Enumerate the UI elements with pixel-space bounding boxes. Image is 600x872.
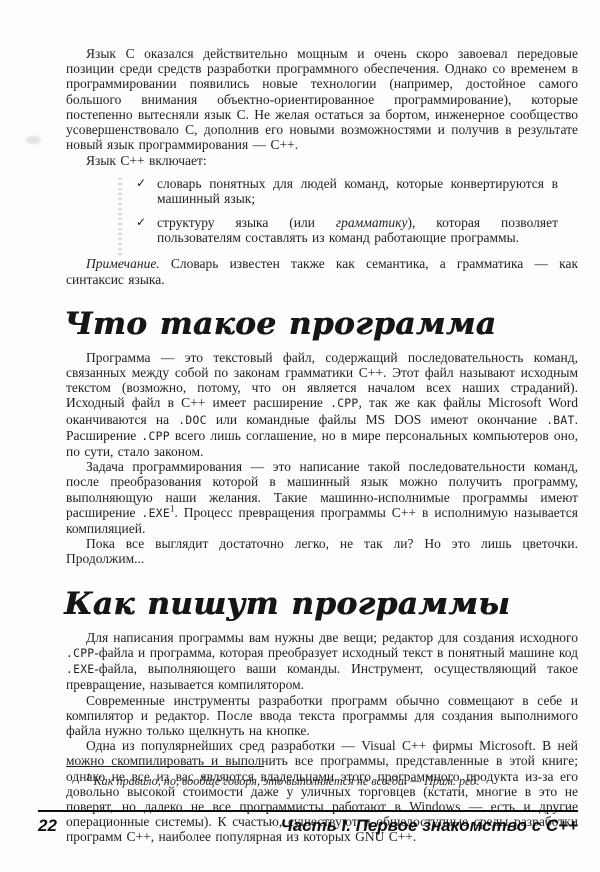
file-extension: .CPP xyxy=(330,397,358,410)
paragraph: Задача программирования — это написание … xyxy=(66,459,578,536)
paragraph-text: -файла и программа, которая преобразует … xyxy=(94,645,578,660)
paragraph-text: или командные файлы MS DOS имеют окончан… xyxy=(207,412,547,427)
paragraph: Программа — это текстовый файл, содержащ… xyxy=(66,350,578,459)
footnote-body: Как правило, но, вообще говоря, это выпо… xyxy=(94,774,480,788)
file-extension: .EXE xyxy=(142,507,170,520)
footnote-separator xyxy=(66,766,264,767)
emphasized-term: грамматику xyxy=(336,215,408,230)
footnote: 1 Как правило, но, вообще говоря, это вы… xyxy=(66,766,566,789)
paragraph: Для написания программы вам нужны две ве… xyxy=(66,630,578,693)
section-heading-how-programs-are-written: Как пишут программы xyxy=(64,587,578,621)
page-number: 22 xyxy=(38,816,57,836)
footnote-marker: 1 xyxy=(86,772,91,782)
bullet-list: ✓ словарь понятных для людей команд, кот… xyxy=(130,176,558,246)
file-extension: .EXE xyxy=(66,663,94,676)
paragraph-text: -файла, выполняющего ваши команды. Инстр… xyxy=(66,661,578,692)
book-page: Язык С оказался действительно мощным и о… xyxy=(0,0,600,872)
file-extension: .CPP xyxy=(141,430,169,443)
file-extension: .DOC xyxy=(178,414,206,427)
checkmark-icon: ✓ xyxy=(136,176,146,191)
paragraph: Современные инструменты разработки прогр… xyxy=(66,693,578,739)
file-extension: .CPP xyxy=(66,647,94,660)
list-item: ✓ словарь понятных для людей команд, кот… xyxy=(130,176,558,206)
paragraph: Пока все выглядит достаточно легко, не т… xyxy=(66,536,578,566)
checkmark-icon: ✓ xyxy=(136,215,146,230)
scan-smudge xyxy=(26,136,41,144)
list-item-text: словарь понятных для людей команд, котор… xyxy=(157,176,558,206)
section-heading-what-is-a-program: Что такое программа xyxy=(64,307,578,341)
includes-lead: Язык C++ включает: xyxy=(66,153,578,168)
list-item: ✓ структуру языка (или грамматику), кото… xyxy=(130,215,558,245)
page-content: Язык С оказался действительно мощным и о… xyxy=(66,46,578,845)
note-label: Примечание. xyxy=(86,256,160,271)
file-extension: .BAT xyxy=(546,414,574,427)
scan-bleedthrough-artifact xyxy=(118,178,122,258)
paragraph-text: Для написания программы вам нужны две ве… xyxy=(86,630,578,645)
list-item-text: структуру языка (или xyxy=(157,215,336,230)
running-head-section-title: Часть I. Первое знакомство с C++ xyxy=(281,816,578,836)
page-footer: 22 Часть I. Первое знакомство с C++ xyxy=(38,810,578,836)
note-paragraph: Примечание. Словарь известен также как с… xyxy=(66,256,578,286)
footnote-text: 1 Как правило, но, вообще говоря, это вы… xyxy=(66,774,566,789)
intro-paragraph: Язык С оказался действительно мощным и о… xyxy=(66,46,578,152)
